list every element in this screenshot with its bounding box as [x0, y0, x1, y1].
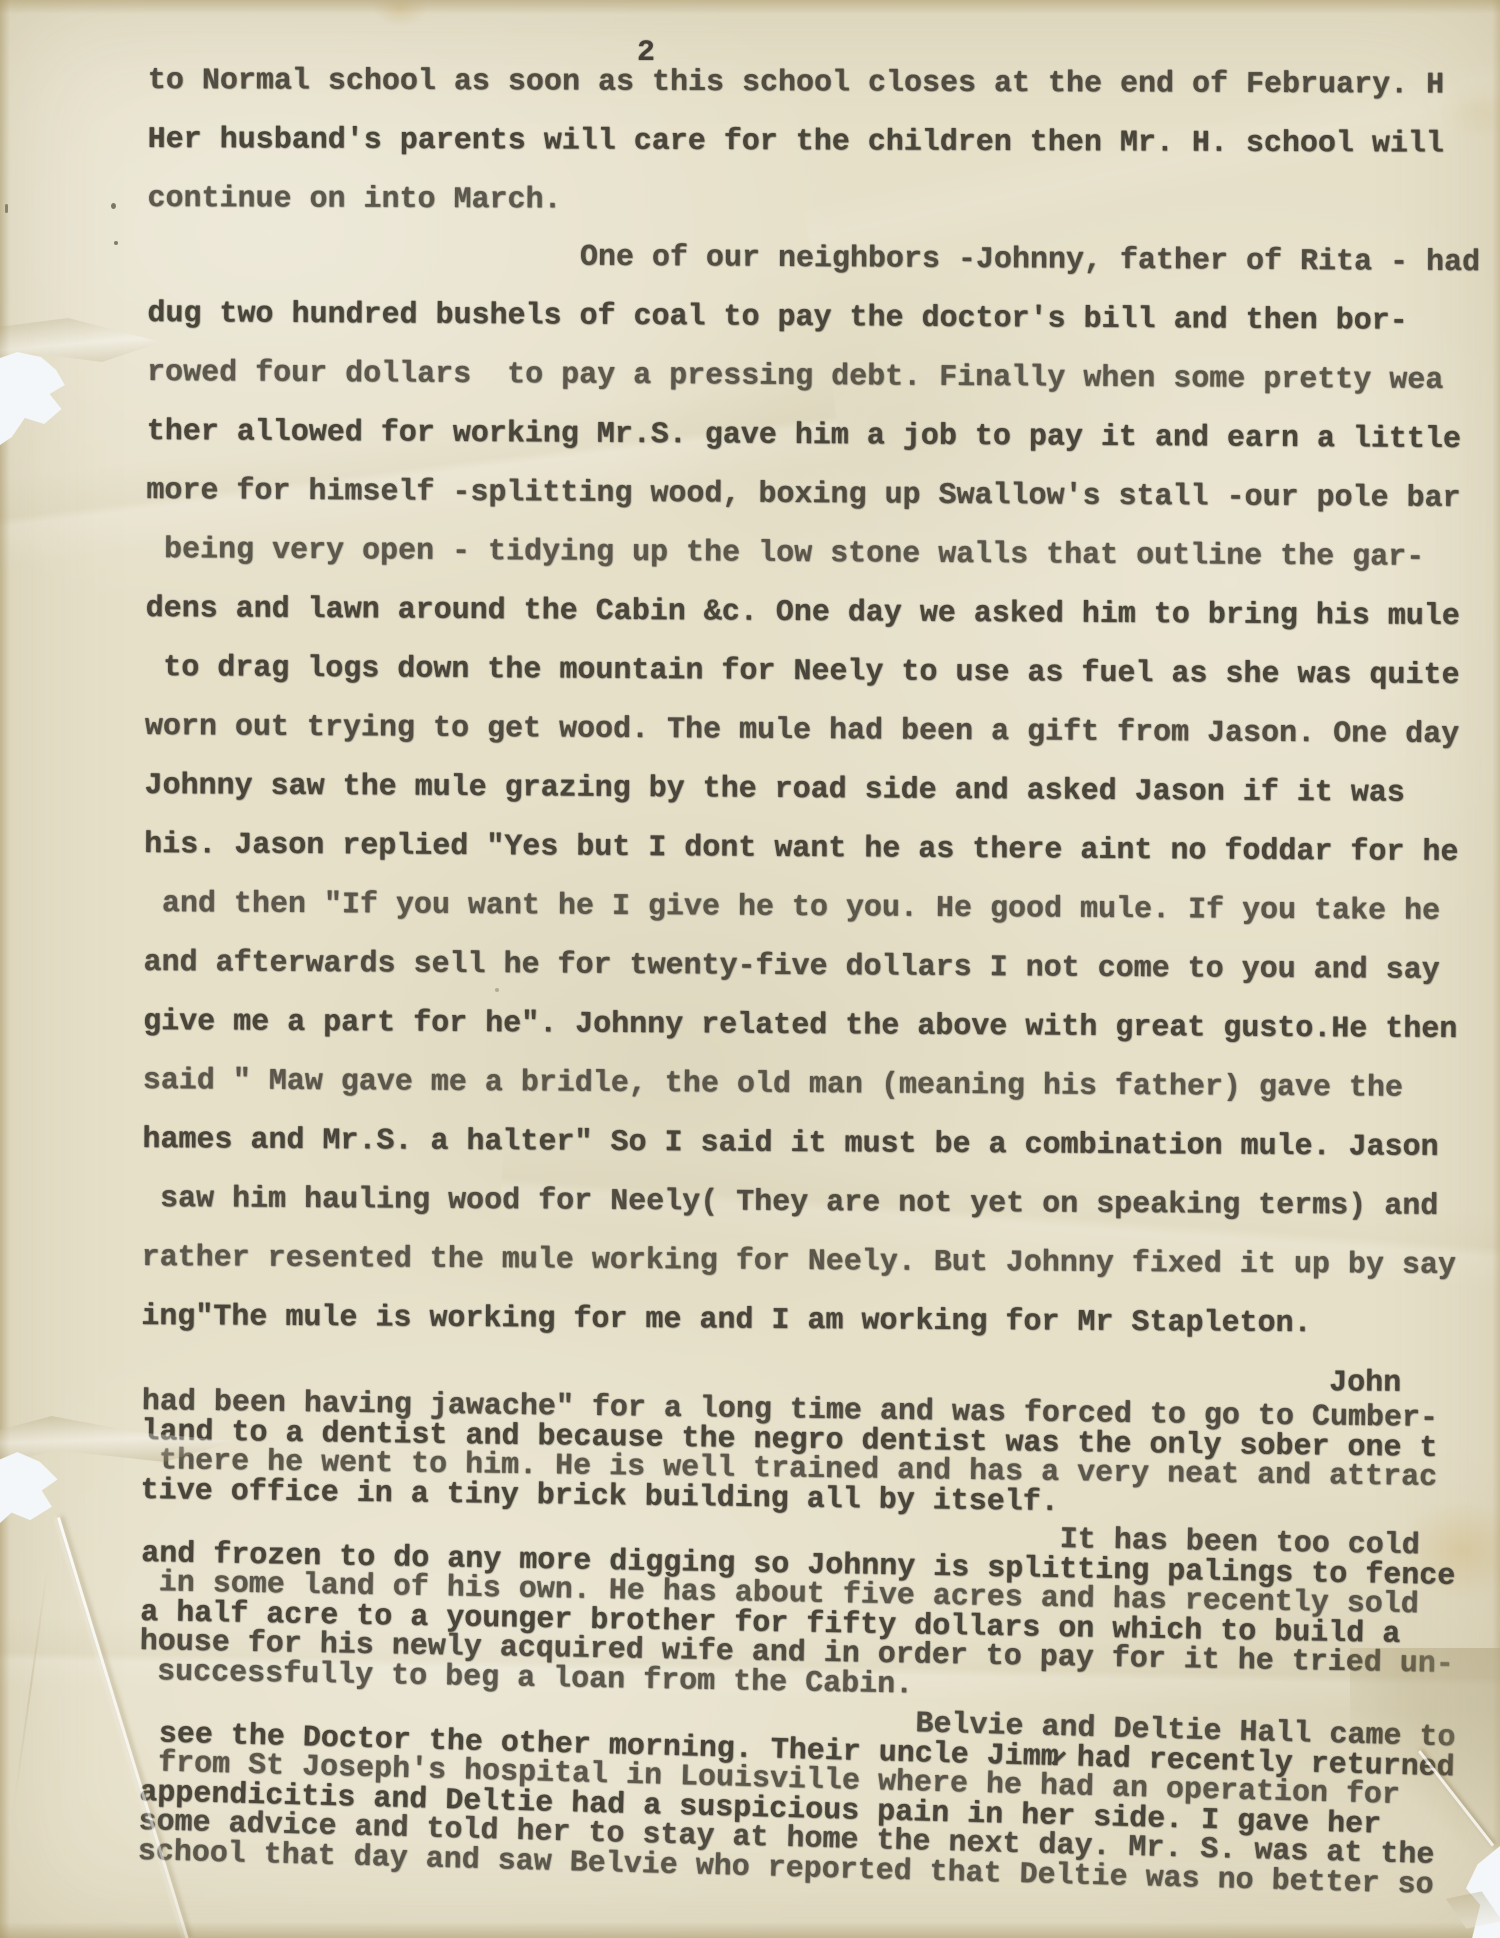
typewritten-line: worn out trying to get wood. The mule ha… [145, 698, 1478, 765]
ink-speck [495, 988, 499, 992]
torn-hole [0, 352, 108, 452]
typewritten-line: to drag logs down the mountain for Neely… [145, 639, 1478, 706]
paper-sheet: 2 to Normal school as soon as this schoo… [0, 0, 1500, 1938]
typewritten-line: ther allowed for working Mr.S. gave him … [147, 403, 1480, 470]
paper-crease [13, 1561, 50, 1809]
typewritten-line: dug two hundred bushels of coal to pay t… [147, 285, 1480, 352]
scanned-letter-page: 2 to Normal school as soon as this schoo… [0, 0, 1500, 1938]
typewritten-line: saw him hauling wood for Neely( They are… [142, 1170, 1475, 1237]
paper-edge-shadow [0, 1922, 1500, 1938]
typewritten-line: One of our neighbors -Johnny, father of … [148, 226, 1481, 293]
ink-speck [111, 203, 116, 209]
typewritten-line: ing"The mule is working for me and I am … [141, 1288, 1474, 1355]
typewritten-line: give me a part for he". Johnny related t… [143, 993, 1476, 1060]
typewritten-line: dens and lawn around the Cabin &c. One d… [145, 580, 1478, 647]
paper-edge-shadow [0, 0, 10, 1938]
typewritten-line: rather resented the mule working for Nee… [142, 1229, 1475, 1296]
paragraph-johnny-mule-story: One of our neighbors -Johnny, father of … [141, 226, 1480, 1414]
paragraph-cold-palings: It has been too coldand frozen to do any… [139, 1510, 1456, 1710]
paper-edge-shadow [0, 0, 1500, 14]
ink-speck [5, 204, 8, 213]
paragraph-john-dentist: had been having jawache" for a long time… [140, 1388, 1438, 1523]
typewritten-line: his. Jason replied "Yes but I dont want … [144, 816, 1477, 883]
typewritten-line: Her husband's parents will care for the … [148, 111, 1444, 175]
paragraph-belvie-deltie: Belvie and Deltie Hall came to see the D… [137, 1690, 1455, 1901]
typewritten-line: to Normal school as soon as this school … [148, 52, 1444, 116]
ink-speck [114, 241, 118, 245]
typewritten-line: more for himself -splitting wood, boxing… [146, 462, 1479, 529]
torn-hole [0, 1452, 72, 1526]
paragraph-opening: to Normal school as soon as this school … [147, 52, 1444, 234]
typewritten-line: being very open - tidying up the low sto… [146, 521, 1479, 588]
typewritten-line: Johnny saw the mule grazing by the road … [144, 757, 1477, 824]
typewritten-line: and afterwards sell he for twenty-five d… [143, 934, 1476, 1001]
typewritten-line: and then "If you want he I give he to yo… [144, 875, 1477, 942]
typewritten-line: said " Maw gave me a bridle, the old man… [143, 1052, 1476, 1119]
typewritten-line: hames and Mr.S. a halter" So I said it m… [142, 1111, 1475, 1178]
typewritten-line: continue on into March. [147, 170, 1443, 234]
typewritten-line: rowed four dollars to pay a pressing deb… [147, 344, 1480, 411]
